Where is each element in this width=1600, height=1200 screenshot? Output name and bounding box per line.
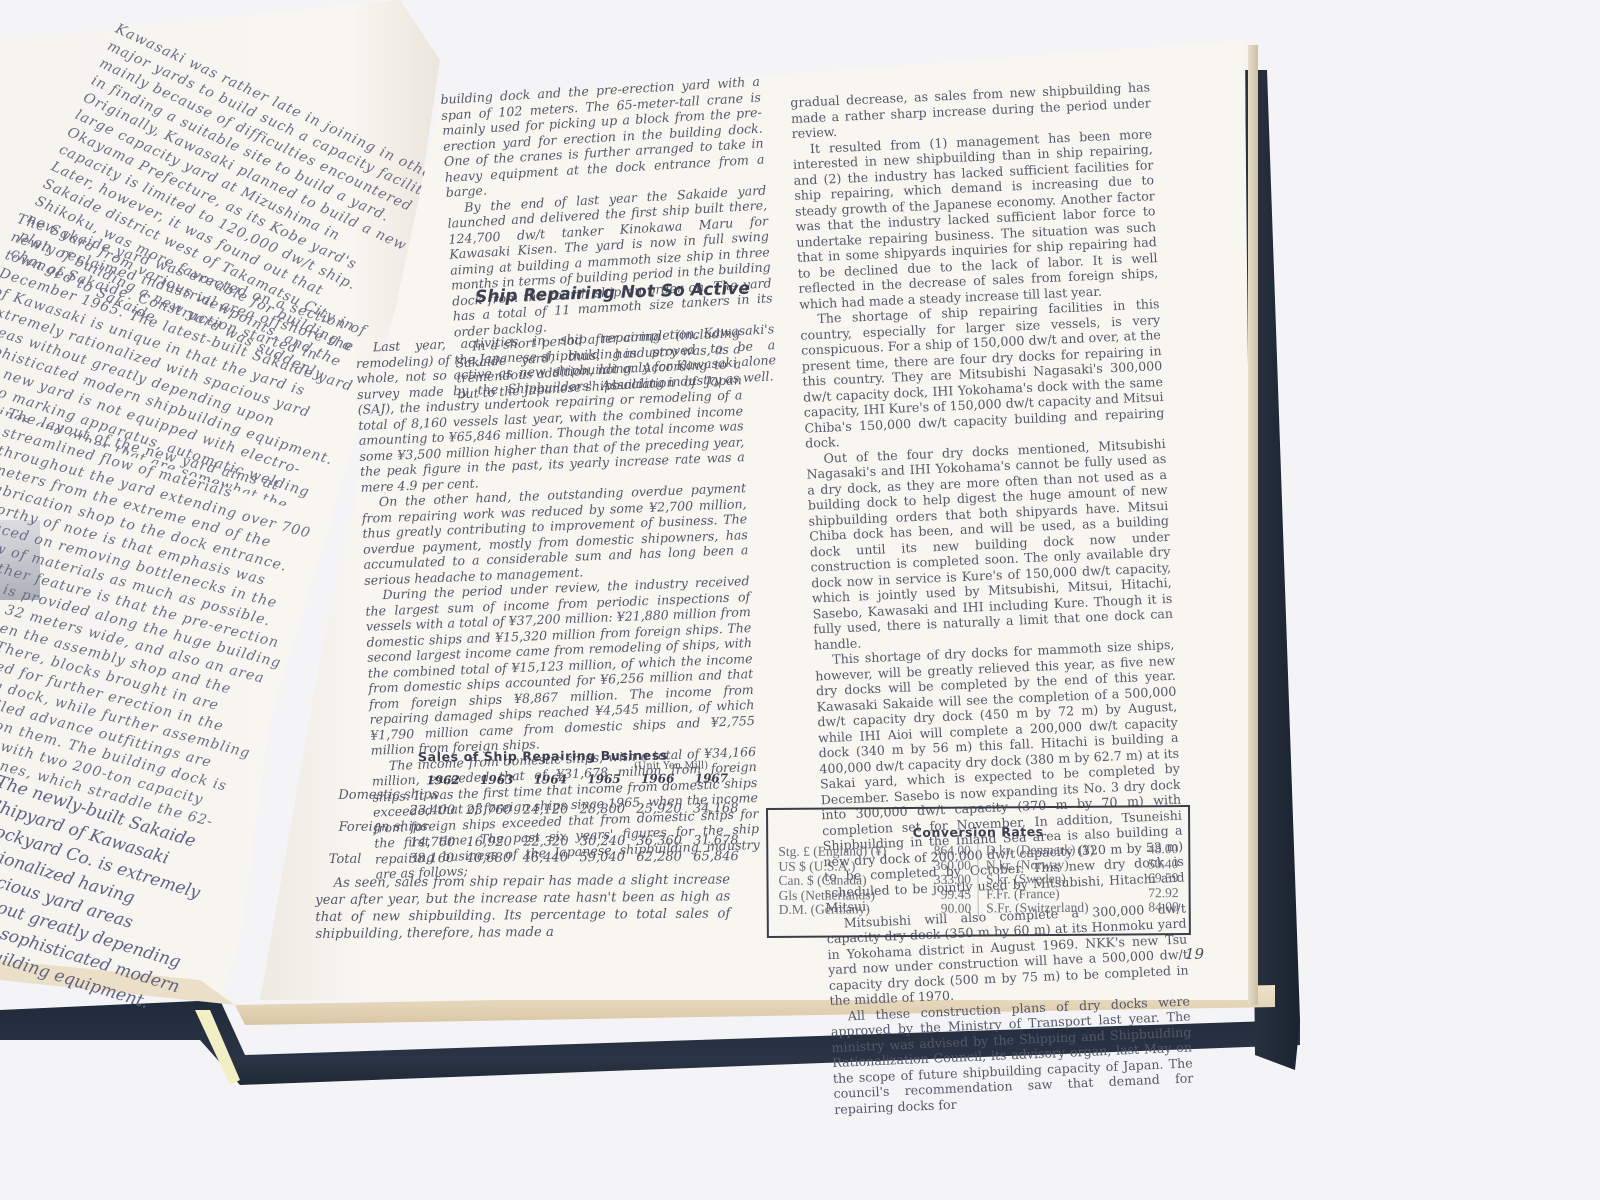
cell: 36,360 <box>625 834 682 850</box>
cell: 24,120 <box>512 802 569 818</box>
paragraph: Last year, activities in ship repairing … <box>355 325 746 495</box>
cell: 14,760 <box>399 835 456 851</box>
currency-label: S.Fr. (Switzerland) <box>986 901 1088 916</box>
rate-value: 50.40 <box>1148 857 1178 872</box>
paragraph: As seen, sales from ship repair has made… <box>315 871 731 943</box>
conversion-rates-left-column: Stg. £ (England) (¥)864.00 US $ (U.S.A.)… <box>778 844 978 918</box>
rate-value: 84.00 <box>1148 900 1178 915</box>
paragraph: It resulted from (1) management has been… <box>792 126 1159 312</box>
right-page-edge <box>1248 45 1258 1005</box>
cell: 38,160 <box>397 851 454 867</box>
rate-value: 72.92 <box>1148 886 1178 901</box>
table-header-years: 1962 1963 1964 1965 1966 1967 <box>416 771 738 787</box>
cell: 62,280 <box>625 850 682 866</box>
table-row-domestic: 23,400 23,760 24,120 28,800 25,920 34,16… <box>398 801 738 819</box>
year-header: 1962 <box>416 773 470 787</box>
paragraph: By the end of last year the Sakaide yard… <box>446 182 773 340</box>
cell: 31,678 <box>682 833 739 849</box>
paragraph: building dock and the pre-erection yard … <box>440 74 766 201</box>
paragraph: On the other hand, the outstanding overd… <box>361 480 749 588</box>
rate-value: 864.00 <box>934 844 971 859</box>
cell: 23,400 <box>398 803 455 819</box>
conversion-rates-box: Conversion Rates Stg. £ (England) (¥)864… <box>766 805 1191 938</box>
cell: 65,846 <box>682 849 739 865</box>
cell: 28,800 <box>568 802 625 818</box>
conversion-rates-right-column: D.kr. (Denmark) (¥)48.00 N.kr. (Norway)5… <box>978 842 1179 916</box>
article-column-right: gradual decrease, as sales from new ship… <box>790 79 1194 1117</box>
currency-label: D.kr. (Denmark) (¥) <box>986 843 1095 858</box>
rate-row: D.M. (Germany)90.00 <box>779 902 972 918</box>
cell: 46,440 <box>511 850 568 866</box>
conversion-rates-title: Conversion Rates <box>768 823 1188 841</box>
paragraph: All these construction plans of dry dock… <box>830 993 1194 1117</box>
year-header: 1964 <box>524 772 578 786</box>
table-row-total: Total 38,160 40,680 46,440 59,040 62,280… <box>329 849 739 868</box>
rate-value: 48.00 <box>1148 842 1178 857</box>
cell: 16,920 <box>455 835 512 851</box>
after-table-paragraph: As seen, sales from ship repair has made… <box>315 871 731 943</box>
cell: 30,240 <box>569 834 626 850</box>
year-header: 1965 <box>577 772 631 786</box>
cell: 22,320 <box>512 834 569 850</box>
currency-label: D.M. (Germany) <box>779 902 870 917</box>
rate-row: S.Fr. (Switzerland)84.00 <box>986 900 1179 916</box>
paragraph: Out of the four dry docks mentioned, Mit… <box>806 435 1174 652</box>
cell: 34,168 <box>682 801 739 817</box>
currency-label: Stg. £ (England) (¥) <box>778 844 886 859</box>
year-header: 1967 <box>685 771 739 785</box>
cell: 25,920 <box>625 802 682 818</box>
paragraph: During the period under review, the indu… <box>365 573 756 758</box>
cell: 59,040 <box>568 850 625 866</box>
year-header: 1966 <box>631 772 685 786</box>
year-header: 1963 <box>470 773 524 787</box>
rate-value: 69.59 <box>1148 871 1178 886</box>
cell: 23,760 <box>455 803 512 819</box>
page-number: 19 <box>1185 945 1204 963</box>
rate-value: 90.00 <box>941 902 971 917</box>
row-label-total: Total <box>329 852 398 868</box>
rate-value: 99.45 <box>941 887 971 902</box>
rate-value: 333.00 <box>934 873 971 888</box>
currency-label: Can. $ (Canada) <box>778 873 866 888</box>
cell: 40,680 <box>454 851 511 867</box>
sales-table: Sales of Ship Repairing Business (Unit Y… <box>328 747 739 868</box>
currency-label: S.kr. (Sweden) <box>986 872 1066 887</box>
paragraph: The shortage of ship repairing facilitie… <box>799 296 1165 451</box>
